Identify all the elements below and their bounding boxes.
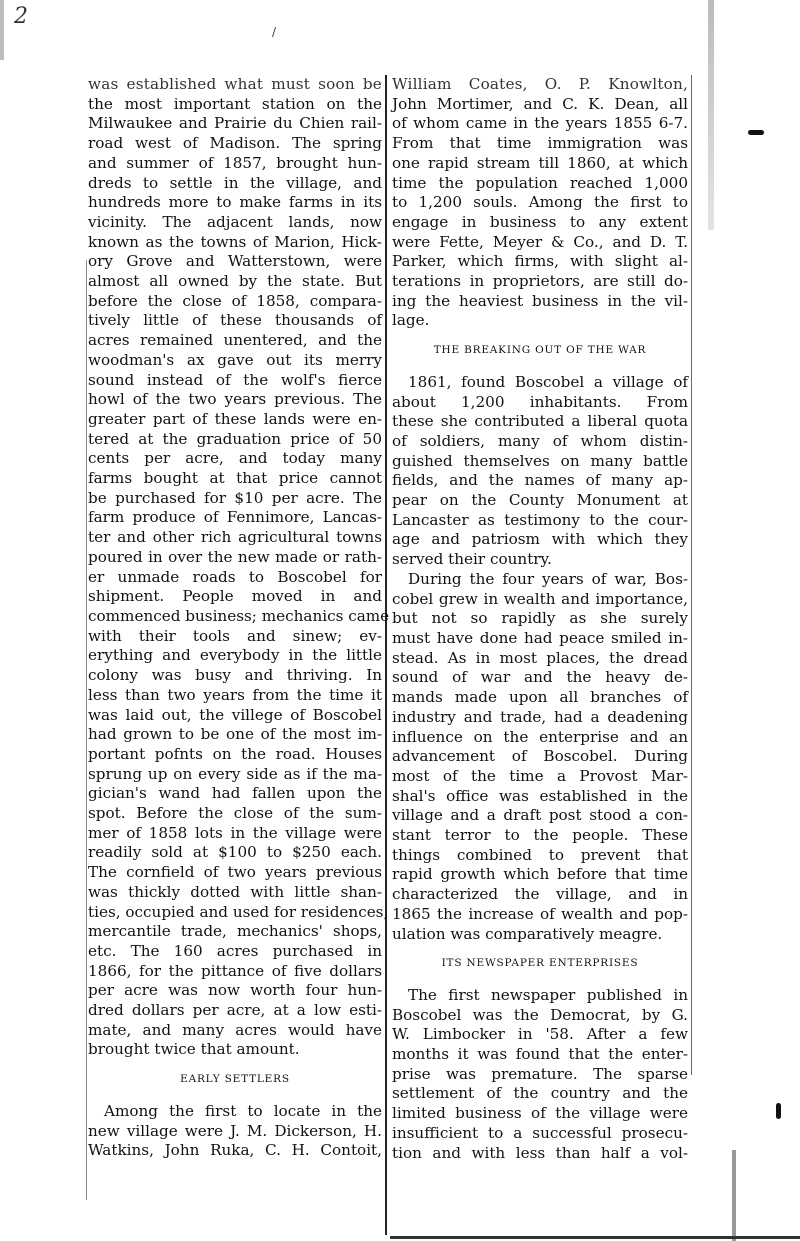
section-heading-war: THE BREAKING OUT OF THE WAR [392, 341, 688, 361]
pencil-tick-mark: / [272, 25, 276, 39]
left-column-rule [86, 260, 87, 1200]
text-line: etc. The 160 acres purchased in [88, 942, 382, 962]
left-paragraph-1: was established what must soon be the mo… [88, 75, 382, 1060]
text-line: Parker, which firms, with slight al- [392, 252, 688, 272]
text-line: 1866, for the pittance of five dollars [88, 962, 382, 982]
text-line: er unmade roads to Boscobel for [88, 568, 382, 588]
text-line: tered at the graduation price of 50 [88, 430, 382, 450]
text-line: William Coates, O. P. Knowlton, [392, 75, 688, 95]
text-line: influence on the enterprise and an [392, 728, 688, 748]
text-line: howl of the two years previous. The [88, 390, 382, 410]
text-line: about 1,200 inhabitants. From [392, 393, 688, 413]
text-line: limited business of the village were [392, 1104, 688, 1124]
scan-edge-right [708, 0, 714, 230]
text-line: time the population reached 1,000 [392, 174, 688, 194]
right-paragraph-2: 1861, found Boscobel a village of about … [392, 373, 688, 570]
text-line: shipment. People moved in and [88, 587, 382, 607]
text-line: greater part of these lands were en- [88, 410, 382, 430]
text-line: mands made upon all branches of [392, 688, 688, 708]
text-line: W. Limbocker in '58. After a few [392, 1025, 688, 1045]
text-line: had grown to be one of the most im- [88, 725, 382, 745]
text-line: road west of Madison. The spring [88, 134, 382, 154]
text-line: per acre was now worth four hun- [88, 981, 382, 1001]
text-line: farms bought at that price cannot [88, 469, 382, 489]
right-paragraph-1: William Coates, O. P. Knowlton, John Mor… [392, 75, 688, 331]
text-line: age and patriosm with which they [392, 530, 688, 550]
text-line: mercantile trade, mechanics' shops, [88, 922, 382, 942]
text-line: During the four years of war, Bos- [392, 570, 688, 590]
text-line: guished themselves on many battle [392, 452, 688, 472]
text-line: terations in proprietors, are still do- [392, 272, 688, 292]
text-line: dreds to settle in the village, and [88, 174, 382, 194]
text-line: with their tools and sinew; ev- [88, 627, 382, 647]
text-line: rapid growth which before that time [392, 865, 688, 885]
text-line: Among the first to locate in the [88, 1102, 382, 1122]
text-line: readily sold at $100 to $250 each. [88, 843, 382, 863]
text-line: brought twice that amount. [88, 1040, 382, 1060]
text-line: was thickly dotted with little shan- [88, 883, 382, 903]
text-line: gician's wand had fallen upon the [88, 784, 382, 804]
text-line: Watkins, John Ruka, C. H. Contoit, [88, 1141, 382, 1161]
scan-bottom-edge [390, 1236, 800, 1239]
text-line: but not so rapidly as she surely [392, 609, 688, 629]
text-line: 1861, found Boscobel a village of [392, 373, 688, 393]
text-line: less than two years from the time it [88, 686, 382, 706]
text-line: commenced business; mechanics came [88, 607, 382, 627]
text-line: characterized the village, and in [392, 885, 688, 905]
text-line: one rapid stream till 1860, at which [392, 154, 688, 174]
text-line: dred dollars per acre, at a low esti- [88, 1001, 382, 1021]
text-line: known as the towns of Marion, Hick- [88, 233, 382, 253]
text-line: erything and everybody in the little [88, 646, 382, 666]
text-line: industry and trade, had a deadening [392, 708, 688, 728]
text-line: Lancaster as testimony to the cour- [392, 511, 688, 531]
text-line: settlement of the country and the [392, 1084, 688, 1104]
section-heading-early-settlers: EARLY SETTLERS [88, 1070, 382, 1090]
text-line: of whom came in the years 1855 6-7. [392, 114, 688, 134]
text-line: almost all owned by the state. But [88, 272, 382, 292]
text-line: and summer of 1857, brought hun- [88, 154, 382, 174]
text-line: things combined to prevent that [392, 846, 688, 866]
text-line: mer of 1858 lots in the village were [88, 824, 382, 844]
margin-dash-mark-top [748, 130, 764, 135]
text-line: be purchased for $10 per acre. The [88, 489, 382, 509]
scan-edge-left [0, 0, 4, 60]
text-line: ulation was comparatively meagre. [392, 925, 688, 945]
text-line: 1865 the increase of wealth and pop- [392, 905, 688, 925]
text-line: must have done had peace smiled in- [392, 629, 688, 649]
text-line: was laid out, the villege of Boscobel [88, 706, 382, 726]
text-line: The first newspaper published in [392, 986, 688, 1006]
text-line: colony was busy and thriving. In [88, 666, 382, 686]
left-column: was established what must soon be the mo… [88, 75, 382, 1161]
text-line: ter and other rich agricultural towns [88, 528, 382, 548]
text-line: sound of war and the heavy de- [392, 668, 688, 688]
left-paragraph-2: Among the first to locate in the new vil… [88, 1102, 382, 1161]
text-line: John Mortimer, and C. K. Dean, all [392, 95, 688, 115]
text-line: sound instead of the wolf's fierce [88, 371, 382, 391]
text-line: mate, and many acres would have [88, 1021, 382, 1041]
right-column: William Coates, O. P. Knowlton, John Mor… [392, 75, 688, 1163]
page-number: 2 [14, 4, 28, 29]
text-line: pear on the County Monument at [392, 491, 688, 511]
text-line: vicinity. The adjacent lands, now [88, 213, 382, 233]
text-line: most of the time a Provost Mar- [392, 767, 688, 787]
text-line: village and a draft post stood a con- [392, 806, 688, 826]
text-line: served their country. [392, 550, 688, 570]
right-paragraph-4: The first newspaper published in Boscobe… [392, 986, 688, 1163]
text-line: were Fette, Meyer & Co., and D. T. [392, 233, 688, 253]
text-line: to 1,200 souls. Among the first to [392, 193, 688, 213]
text-line: before the close of 1858, compara- [88, 292, 382, 312]
section-heading-newspaper: ITS NEWSPAPER ENTERPRISES [392, 954, 688, 974]
text-line: shal's office was established in the [392, 787, 688, 807]
text-line: engage in business to any extent [392, 213, 688, 233]
text-line: was established what must soon be [88, 75, 382, 95]
margin-dash-mark-bottom [776, 1103, 781, 1119]
text-line: of soldiers, many of whom distin- [392, 432, 688, 452]
text-line: advancement of Boscobel. During [392, 747, 688, 767]
text-line: tion and with less than half a vol- [392, 1144, 688, 1164]
text-line: The cornfield of two years previous [88, 863, 382, 883]
text-line: stant terror to the people. These [392, 826, 688, 846]
text-line: Milwaukee and Prairie du Chien rail- [88, 114, 382, 134]
text-line: new village were J. M. Dickerson, H. [88, 1122, 382, 1142]
text-line: ing the heaviest business in the vil- [392, 292, 688, 312]
column-divider-rule [385, 75, 387, 1235]
text-line: portant pofnts on the road. Houses [88, 745, 382, 765]
text-line: insufficient to a successful prosecu- [392, 1124, 688, 1144]
text-line: ory Grove and Watterstown, were [88, 252, 382, 272]
text-line: Boscobel was the Democrat, by G. [392, 1006, 688, 1026]
text-line: lage. [392, 311, 688, 331]
text-line: acres remained unentered, and the [88, 331, 382, 351]
text-line: cobel grew in wealth and importance, [392, 590, 688, 610]
right-column-rule [691, 75, 692, 1075]
text-line: prise was premature. The sparse [392, 1065, 688, 1085]
text-line: farm produce of Fennimore, Lancas- [88, 508, 382, 528]
right-paragraph-3: During the four years of war, Bos- cobel… [392, 570, 688, 944]
text-line: tively little of these thousands of [88, 311, 382, 331]
text-line: cents per acre, and today many [88, 449, 382, 469]
text-line: From that time immigration was [392, 134, 688, 154]
text-line: woodman's ax gave out its merry [88, 351, 382, 371]
text-line: fields, and the names of many ap- [392, 471, 688, 491]
text-line: hundreds more to make farms in its [88, 193, 382, 213]
text-line: stead. As in most places, the dread [392, 649, 688, 669]
text-line: the most important station on the [88, 95, 382, 115]
text-line: sprung up on every side as if the ma- [88, 765, 382, 785]
scan-edge-right-lower [732, 1150, 736, 1241]
text-line: these she contributed a liberal quota [392, 412, 688, 432]
text-line: poured in over the new made or rath- [88, 548, 382, 568]
text-line: spot. Before the close of the sum- [88, 804, 382, 824]
text-line: ties, occupied and used for residences, [88, 903, 382, 923]
text-line: months it was found that the enter- [392, 1045, 688, 1065]
